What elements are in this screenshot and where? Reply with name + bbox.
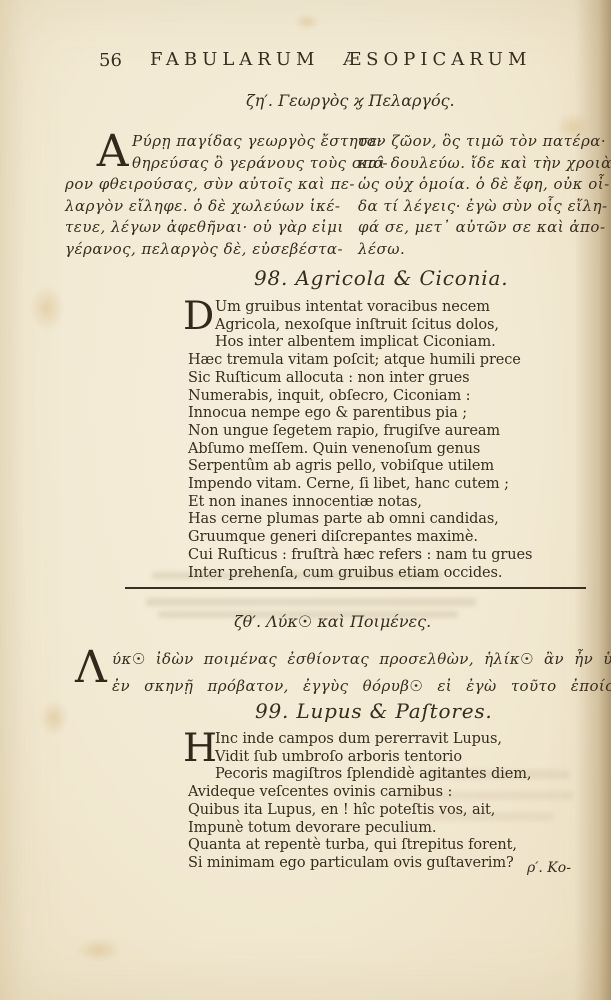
greek-line: ἐν σκηνῇ πρόβατον, ἐγγὺς θόρυβ☉ εἰ ἐγὼ τ…	[75, 673, 603, 700]
poem-line: Gruumque generi diſcrepantes maximè.	[188, 529, 578, 547]
bleed-through-line	[146, 598, 476, 606]
poem-line: Cui Ruſticus : fruſtrà hæc refers : nam …	[188, 547, 578, 565]
poem-line: Abſumo meſſem. Quin venenoſum genus	[188, 441, 578, 459]
fable-98-latin-heading: 98. Agricola & Ciconia.	[254, 266, 508, 290]
drop-cap-h: H	[183, 731, 215, 767]
drop-cap-lambda: Λ	[75, 646, 112, 698]
greek-line: τον ζῶον, ὃς τιμῶ τὸν πατέρα·	[358, 131, 600, 153]
greek-line: ύκ☉ ἰδὼν ποιμένας ἐσθίοντας προσελθὼν, ἡ…	[75, 646, 603, 673]
poem-line: Pecoris magiſtros ſplendidè agitantes di…	[188, 766, 588, 784]
poem-line: Inter prehenſa, cum gruibus etiam occide…	[188, 565, 578, 583]
fable-99-greek-text: Λ ύκ☉ ἰδὼν ποιμένας ἐσθίοντας προσελθὼν,…	[75, 646, 603, 700]
greek-line: ὡς οὐχ ὁμοία. ὁ δὲ ἔφη, οὐκ οἶ-	[358, 174, 600, 196]
poem-line: Serpentûm ab agris pello, vobiſque utile…	[188, 458, 578, 476]
poem-line: Numerabis, inquit, obſecro, Ciconiam :	[188, 388, 578, 406]
drop-cap-alpha: Α	[65, 131, 132, 174]
paper-stain	[40, 700, 68, 736]
greek-line: φά σε, μετ᾽ αὐτῶν σε καὶ ἀπο-	[358, 217, 600, 239]
poem-line: Et non inanes innocentiæ notas,	[188, 494, 578, 512]
poem-line: Impendo vitam. Cerne, ſi libet, hanc cut…	[188, 476, 578, 494]
fable-99-latin-poem: H Inc inde campos dum pererravit Lupus, …	[188, 731, 588, 873]
poem-line: Impunè totum devorare peculium.	[188, 820, 588, 838]
poem-line: Has cerne plumas parte ab omni candidas,	[188, 511, 578, 529]
poem-line: Agricola, nexoſque inſtruit ſcitus dolos…	[188, 317, 578, 335]
fable-98-greek-column-right: τον ζῶον, ὃς τιμῶ τὸν πατέρα· καὶ δουλεύ…	[358, 131, 600, 260]
greek-line: δα τί λέγεις· ἐγὼ σὺν οἷς εἴλη-	[358, 196, 600, 218]
greek-line: καὶ δουλεύω. ἴδε καὶ τὴν χροιὰν,	[358, 153, 600, 175]
poem-line: Hos inter albentem implicat Ciconiam.	[188, 334, 578, 352]
catchword: ρ′. Κο-	[527, 860, 571, 876]
paper-stain	[76, 938, 122, 962]
poem-line: Sic Ruſticum allocuta : non inter grues	[188, 370, 578, 388]
page-number: 56	[99, 50, 122, 71]
greek-line: γέρανος, πελαργὸς δὲ, εὐσεβέστα-	[65, 239, 359, 261]
section-divider-rule	[125, 587, 586, 589]
greek-line: ρον φθειρούσας, σὺν αὐτοῖς καὶ πε-	[65, 174, 359, 196]
greek-line: λέσω.	[358, 239, 600, 261]
poem-line: Non ungue ſegetem rapio, frugiſve auream	[188, 423, 578, 441]
fable-98-greek-heading: ζη′. Γεωργὸς ϗ Πελαργός.	[246, 91, 455, 110]
poem-line: Hæc tremula vitam poſcit; atque humili p…	[188, 352, 578, 370]
fable-99-latin-heading: 99. Lupus & Paſtores.	[255, 699, 493, 723]
poem-line: Quanta at repentè turba, qui ſtrepitus f…	[188, 837, 588, 855]
poem-line: Inc inde campos dum pererravit Lupus,	[188, 731, 588, 749]
poem-line: Um gruibus intentat voracibus necem	[188, 299, 578, 317]
paper-stain	[294, 14, 320, 30]
fable-99-greek-heading: ζθ′. Λύκ☉ καὶ Ποιμένες.	[234, 612, 431, 631]
poem-line: Quibus ita Lupus, en ! hîc poteſtis vos,…	[188, 802, 588, 820]
poem-line: Innocua nempe ego & parentibus pia ;	[188, 405, 578, 423]
running-title: FABULARUM ÆSOPICARUM	[150, 49, 531, 70]
fable-98-latin-poem: D Um gruibus intentat voracibus necem Ag…	[188, 299, 578, 582]
drop-cap-d: D	[183, 299, 215, 335]
greek-line: τευε, λέγων ἀφεθῆναι· οὐ γὰρ εἰμι	[65, 217, 359, 239]
fable-98-greek-column-left: Α Ρύρῃ παγίδας γεωργὸς ἔστησε· θηρεύσας …	[65, 131, 359, 260]
book-page: 56 FABULARUM ÆSOPICARUM ζη′. Γεωργὸς ϗ Π…	[0, 0, 611, 1000]
poem-line: Avideque veſcentes ovinis carnibus :	[188, 784, 588, 802]
poem-line: Vidit ſub umbroſo arboris tentorio	[188, 749, 588, 767]
greek-line: λαργὸν εἴληφε. ὁ δὲ χωλεύων ἱκέ-	[65, 196, 359, 218]
paper-stain	[30, 285, 64, 331]
